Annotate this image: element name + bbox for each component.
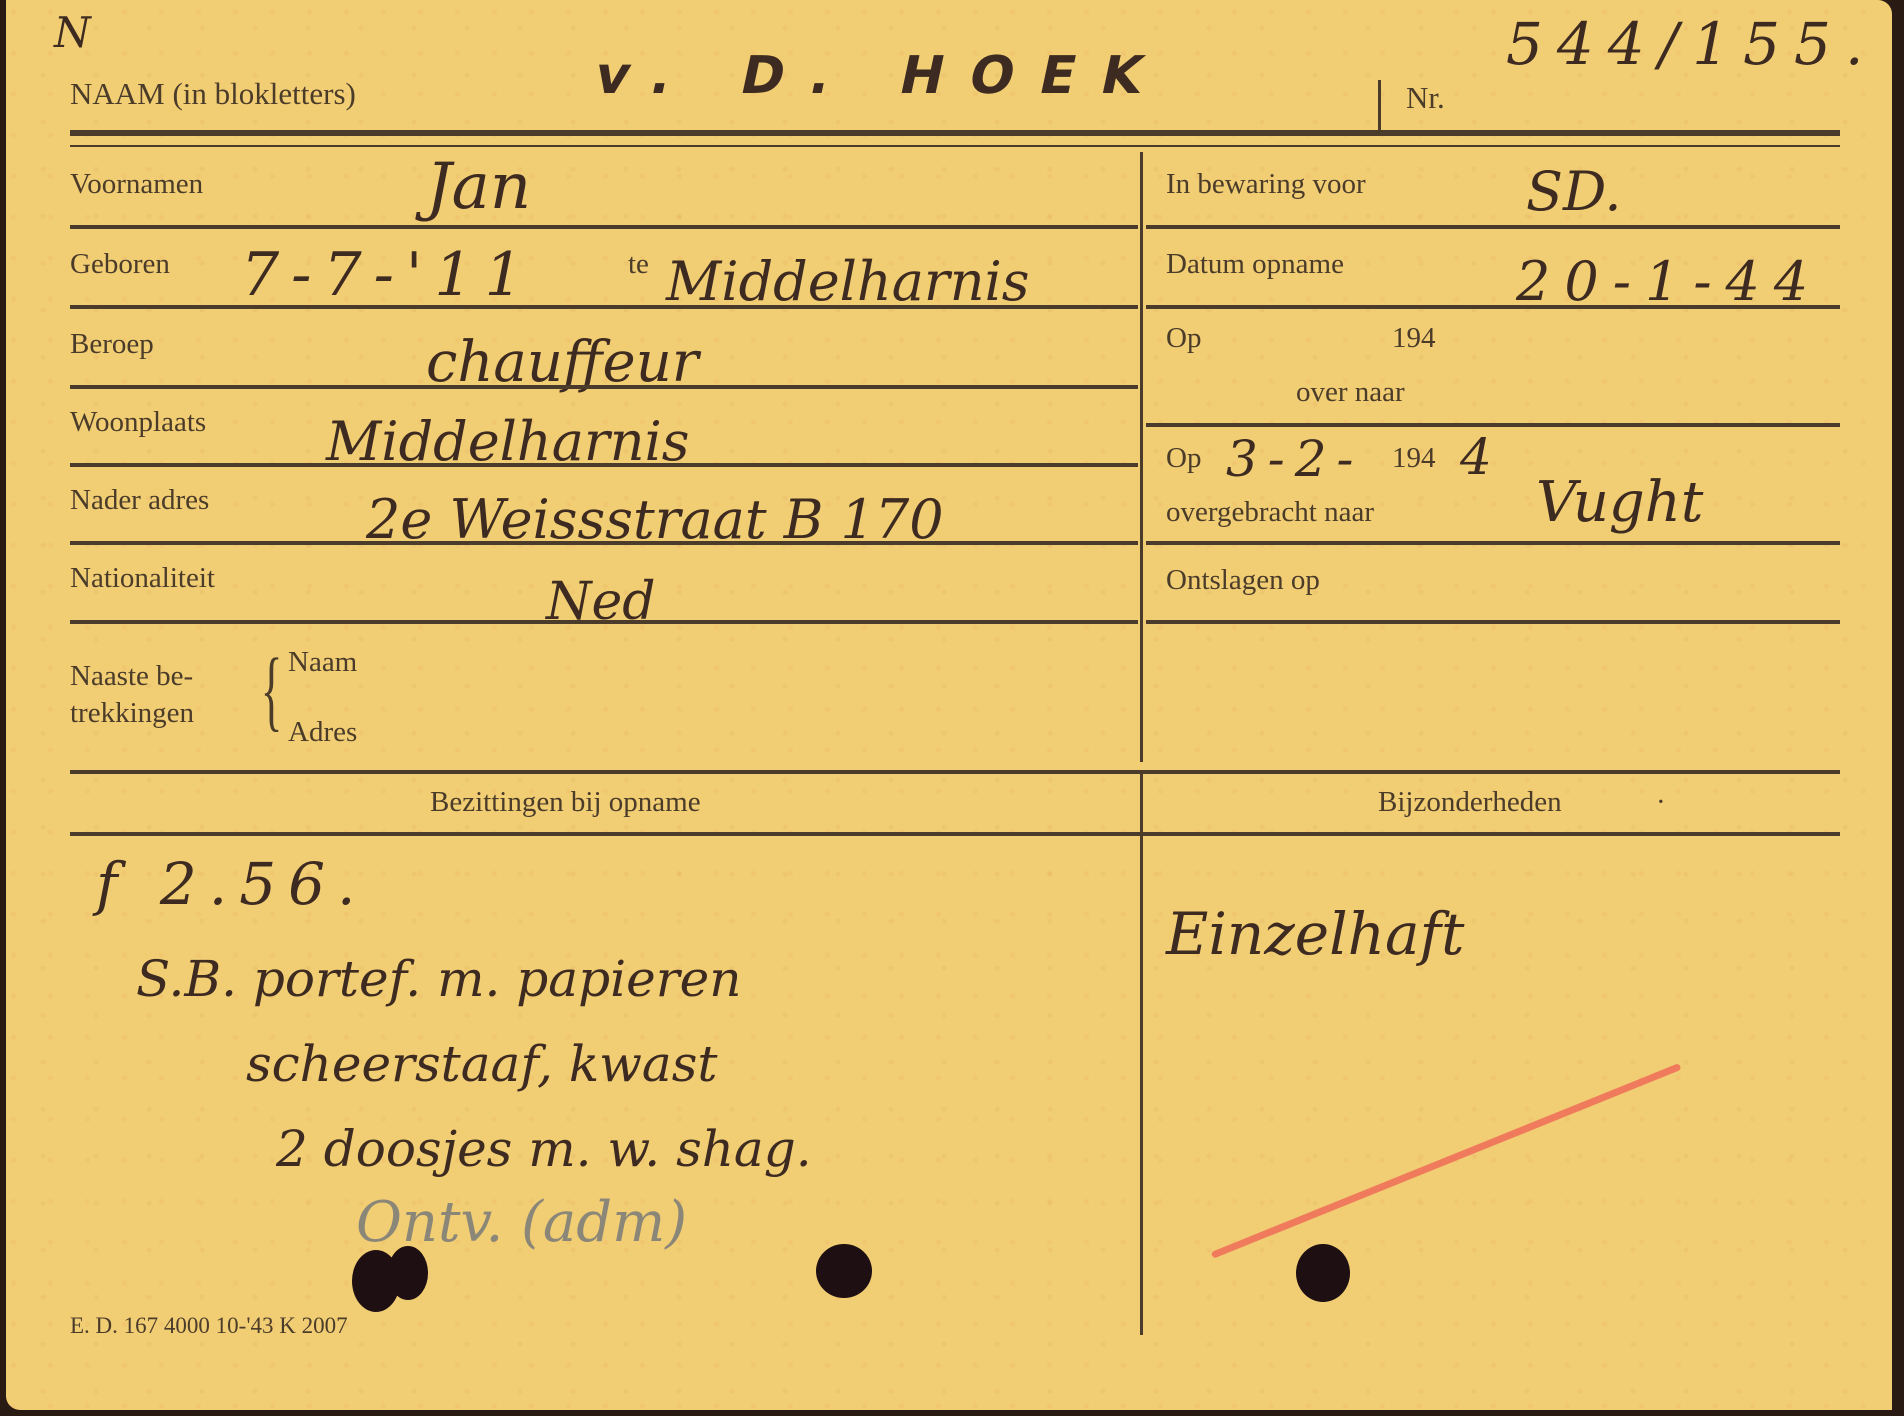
transfer-year-prefix: 194 [1392, 442, 1436, 475]
relatives-brace: { [261, 646, 283, 736]
admission-date-label: Datum opname [1166, 248, 1344, 281]
over-naar-label: over naar [1296, 376, 1405, 409]
rule-over-naar [1146, 423, 1840, 427]
punch-hole [1296, 1244, 1350, 1302]
center-divider [1140, 152, 1143, 762]
possessions-line-4[interactable]: 2 doosjes m. w. shag. [276, 1120, 812, 1178]
rule-admission-date [1146, 305, 1840, 309]
field-value-geboren[interactable]: 7-7-'11 [241, 240, 535, 310]
number-label: Nr. [1406, 80, 1445, 116]
number-value: 544/155. [1506, 10, 1877, 78]
transfer-op-label: Op [1166, 442, 1201, 475]
transferred-label: overgebracht naar [1166, 496, 1374, 529]
relatives-label-line1: Naaste be- [70, 660, 193, 693]
rule-nationaliteit [70, 620, 1138, 624]
transfer-year-digit[interactable]: 4 [1460, 428, 1492, 486]
registration-card: N NAAM (in blokletters) v. D. HOEK Nr. 5… [6, 0, 1892, 1410]
field-label-voornamen: Voornamen [70, 168, 203, 201]
punch-hole [816, 1244, 872, 1298]
field-label-beroep: Beroep [70, 328, 154, 361]
admission-date-value[interactable]: 20-1-44 [1516, 250, 1822, 313]
possessions-line-1[interactable]: f 2.56. [96, 850, 367, 918]
section-rule-top [70, 770, 1840, 774]
header-rule [70, 130, 1840, 136]
rule-transferred [1146, 541, 1840, 545]
field-label-woonplaats: Woonplaats [70, 406, 206, 439]
field-value-voornamen[interactable]: Jan [426, 150, 531, 224]
relatives-label-line2: trekkingen [70, 697, 194, 730]
custody-label: In bewaring voor [1166, 168, 1366, 201]
rule-geboren [70, 305, 1138, 309]
particulars-dot: · [1656, 786, 1666, 819]
rule-released [1146, 620, 1840, 624]
rule-beroep [70, 385, 1138, 389]
field-label-nader-adres: Nader adres [70, 484, 209, 517]
field-label-te: te [628, 248, 649, 281]
relatives-address-label: Adres [288, 716, 357, 749]
particulars-heading: Bijzonderheden [1378, 786, 1562, 819]
section-rule-bottom [70, 832, 1840, 836]
particulars-value[interactable]: Einzelhaft [1166, 900, 1464, 968]
print-code: E. D. 167 4000 10-'43 K 2007 [70, 1313, 348, 1339]
center-divider-lower [1140, 772, 1143, 1335]
transfer-date-value[interactable]: 3-2- [1226, 430, 1363, 488]
possessions-line-3[interactable]: scheerstaaf, kwast [246, 1035, 717, 1093]
possessions-line-2[interactable]: S.B. portef. m. papieren [136, 950, 741, 1008]
field-value-place[interactable]: Middelharnis [666, 250, 1029, 313]
custody-value[interactable]: SD. [1526, 160, 1622, 223]
rule-custody [1146, 225, 1840, 229]
op-label: Op [1166, 322, 1201, 355]
name-label: NAAM (in blokletters) [70, 76, 356, 112]
rule-nader-adres [70, 541, 1138, 545]
field-label-nationaliteit: Nationaliteit [70, 562, 215, 595]
punch-hole [388, 1246, 428, 1300]
transferred-value[interactable]: Vught [1536, 470, 1703, 535]
name-value: v. D. HOEK [590, 46, 1175, 106]
field-label-geboren: Geboren [70, 248, 170, 281]
released-label: Ontslagen op [1166, 564, 1320, 597]
rule-voornamen [70, 225, 1138, 229]
corner-mark: N [54, 8, 91, 57]
header-rule-thin [70, 145, 1840, 147]
possessions-heading: Bezittingen bij opname [430, 786, 701, 819]
rule-woonplaats [70, 463, 1138, 467]
op-year-prefix: 194 [1392, 322, 1436, 355]
number-divider [1378, 80, 1381, 132]
relatives-name-label: Naam [288, 646, 357, 679]
red-pencil-mark [1211, 1063, 1682, 1259]
